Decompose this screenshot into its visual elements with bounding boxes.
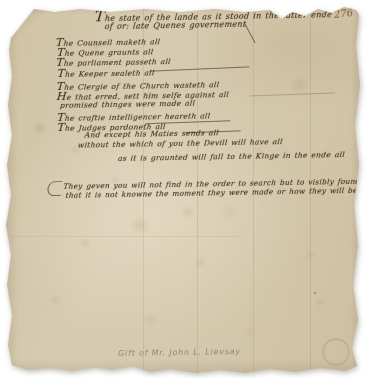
title-line-2: of or: late Quenes governement	[104, 20, 246, 31]
manuscript-photo: { "document": { "shelfmark": "L.a.639", …	[0, 0, 365, 378]
handwriting-layer: The state of the lande as it stood in th…	[0, 0, 365, 378]
marginal-bracket	[47, 181, 63, 196]
paper-shadow-wrap: L.a.639 276 The state of the lande as it…	[0, 0, 365, 378]
manuscript-paper: L.a.639 276 The state of the lande as it…	[0, 0, 365, 378]
pen-flourish	[250, 92, 335, 96]
pen-flourish	[150, 66, 250, 71]
manuscript-line: as it is graunted will fall to the Kinge…	[118, 150, 346, 163]
pen-flourish	[244, 23, 255, 43]
shelfmark-label: L.a.639	[322, 0, 348, 5]
